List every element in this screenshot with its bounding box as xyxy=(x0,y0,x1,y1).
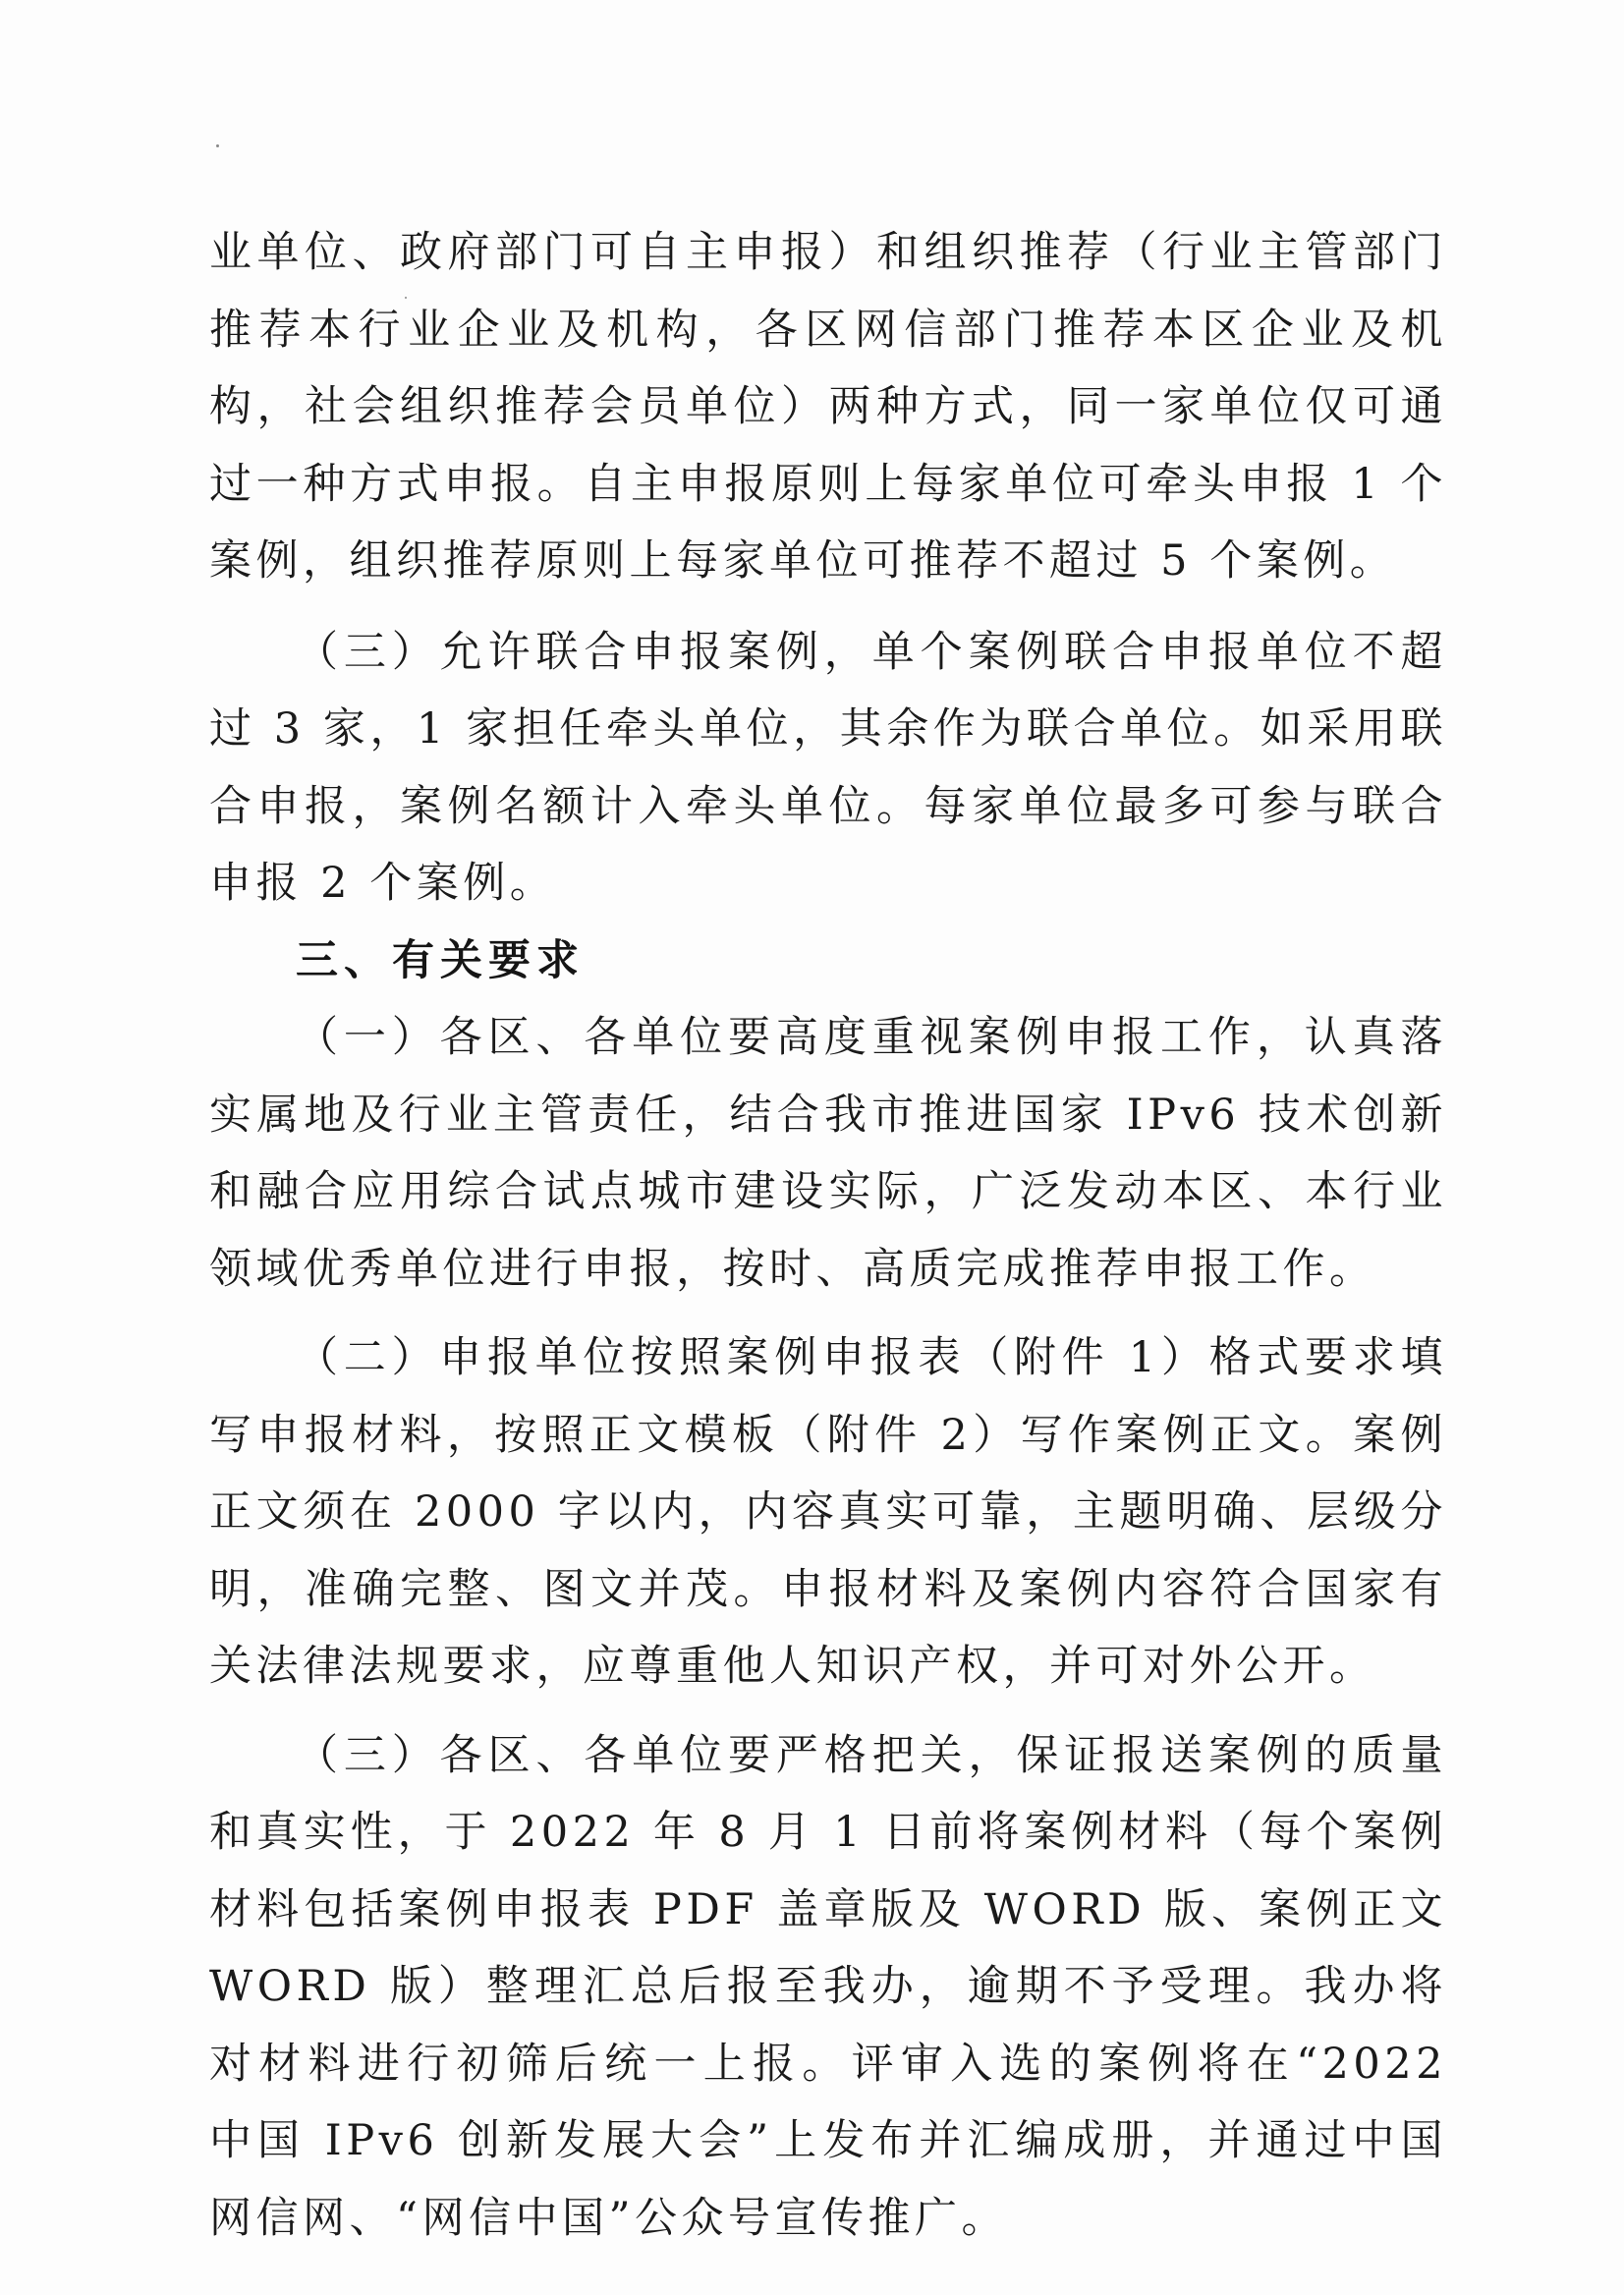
document-body: 业单位、政府部门可自主申报）和组织推荐（行业主管部门推荐本行业企业及机构，各区网… xyxy=(209,214,1447,2257)
paragraph-requirement-1: （一）各区、各单位要高度重视案例申报工作，认真落实属地及行业主管责任，结合我市推… xyxy=(209,999,1447,1308)
document-page: 业单位、政府部门可自主申报）和组织推荐（行业主管部门推荐本行业企业及机构，各区网… xyxy=(0,0,1624,2295)
section-heading-requirements: 三、有关要求 xyxy=(209,923,1447,1000)
paragraph-application-methods: 业单位、政府部门可自主申报）和组织推荐（行业主管部门推荐本行业企业及机构，各区网… xyxy=(209,214,1447,600)
paragraph-requirement-2: （二）申报单位按照案例申报表（附件 1）格式要求填写申报材料，按照正文模板（附件… xyxy=(209,1319,1447,1706)
paragraph-requirement-3: （三）各区、各单位要严格把关，保证报送案例的质量和真实性，于 2022 年 8 … xyxy=(209,1717,1447,2258)
paragraph-joint-application: （三）允许联合申报案例，单个案例联合申报单位不超过 3 家，1 家担任牵头单位，… xyxy=(209,614,1447,923)
scan-speck xyxy=(216,144,219,147)
